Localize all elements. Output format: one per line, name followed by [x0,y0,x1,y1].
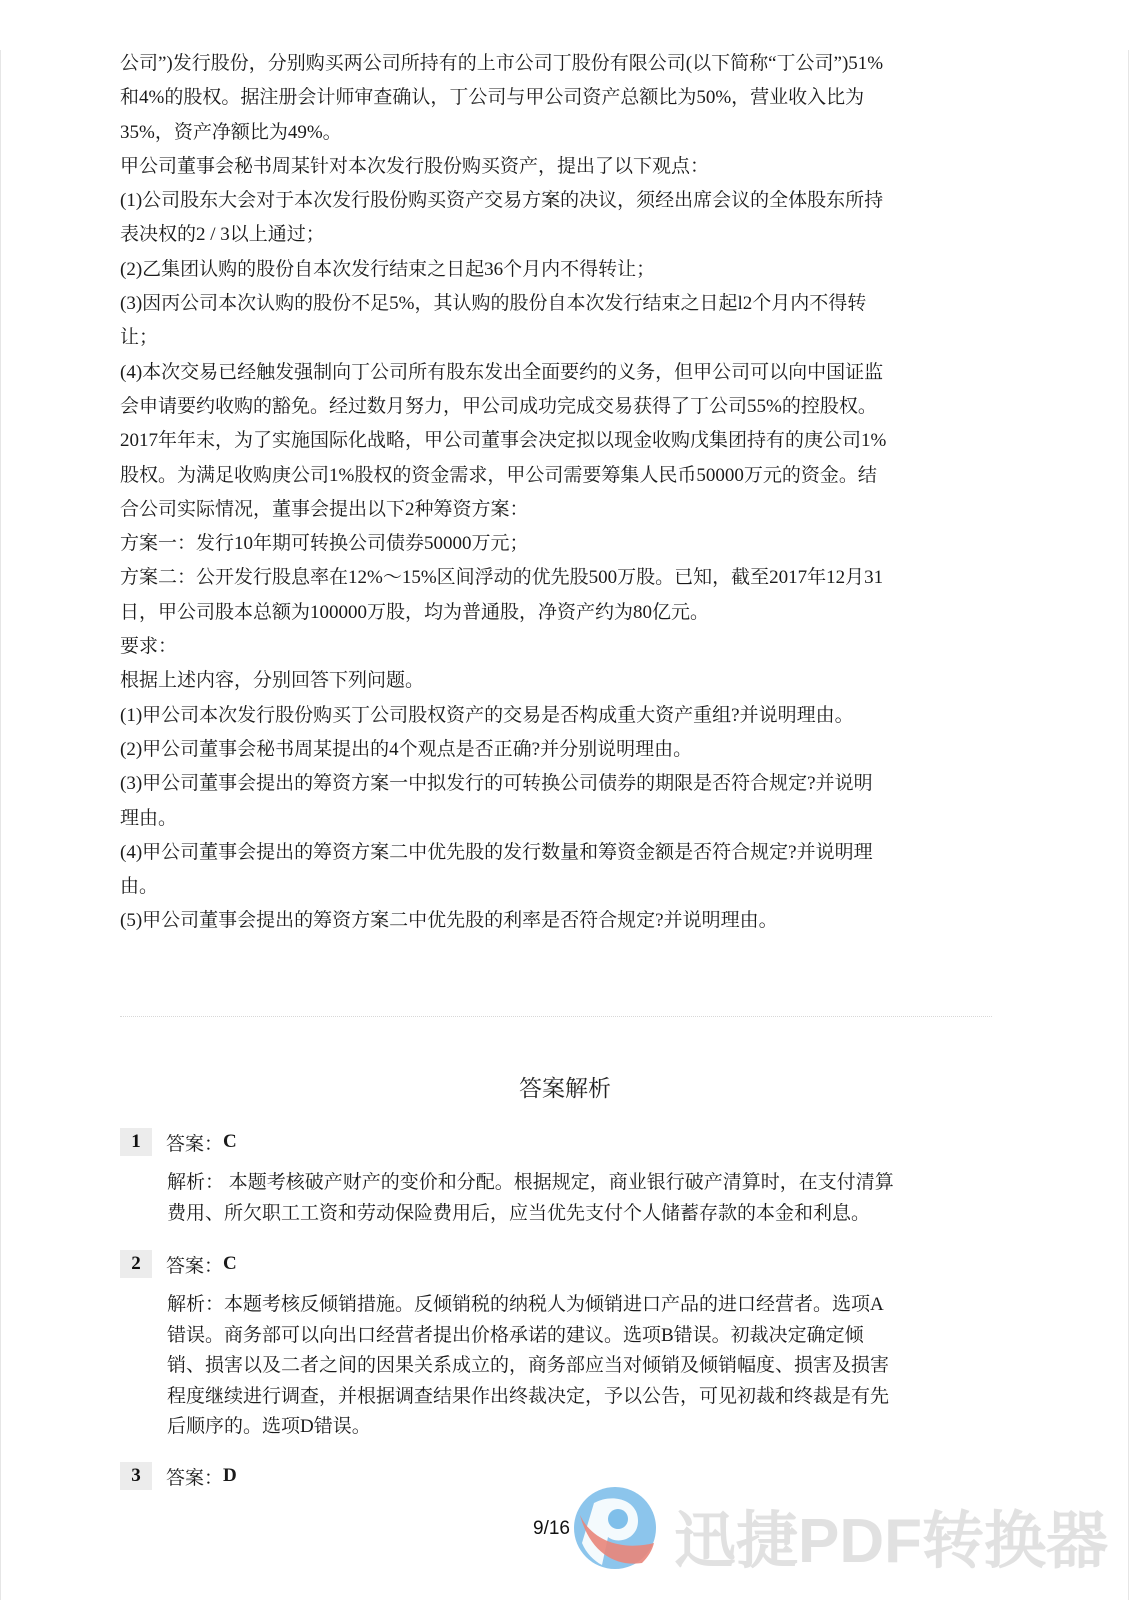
question-line: 方案一：发行10年期可转换公司债券50000万元； [120,527,1000,561]
analysis-line: 解析： 本题考核破产财产的变价和分配。根据规定，商业银行破产清算时，在支付清算 [167,1168,1000,1199]
question-line: 股权。为满足收购庚公司1%股权的资金需求，甲公司需要筹集人民币50000万元的资… [120,459,1000,493]
question-line: 表决权的2 / 3以上通过； [120,218,1000,252]
watermark: 迅捷PDF转换器 [572,1485,1092,1575]
question-line: (1)公司股东大会对于本次发行股份购买资产交易方案的决议，须经出席会议的全体股东… [120,184,1000,218]
question-line: 日，甲公司股本总额为100000万股，均为普通股，净资产约为80亿元。 [120,596,1000,630]
question-line: (1)甲公司本次发行股份购买丁公司股权资产的交易是否构成重大资产重组?并说明理由… [120,699,1000,733]
analysis-line: 后顺序的。选项D错误。 [167,1412,1000,1443]
question-line: 理由。 [120,802,1000,836]
page-number: 9/16 [533,1518,570,1540]
question-line: (4)甲公司董事会提出的筹资方案二中优先股的发行数量和筹资金额是否符合规定?并说… [120,836,1000,870]
answer-header: 2 答案： C [120,1249,1000,1279]
analysis-line: 销、损害以及二者之间的因果关系成立的，商务部应当对倾销及倾销幅度、损害及损害 [167,1351,1000,1382]
watermark-text: 迅捷PDF转换器 [674,1491,1108,1580]
page-edge-left [0,50,1,1600]
answer-value: D [223,1465,237,1487]
question-line: 35%，资产净额比为49%。 [120,116,1000,150]
question-number-badge: 2 [120,1250,152,1278]
question-line: 根据上述内容，分别回答下列问题。 [120,664,1000,698]
section-divider [120,1016,992,1017]
xunjie-pdf-logo-icon [572,1485,658,1571]
question-line: (3)因丙公司本次认购的股份不足5%，其认购的股份自本次发行结束之日起l2个月内… [120,287,1000,321]
analysis-text: 解析： 本题考核破产财产的变价和分配。根据规定，商业银行破产清算时，在支付清算 … [167,1168,1000,1229]
analysis-text: 解析：本题考核反倾销措施。反倾销税的纳税人为倾销进口产品的进口经营者。选项A 错… [167,1290,1000,1443]
question-line: 甲公司董事会秘书周某针对本次发行股份购买资产，提出了以下观点： [120,150,1000,184]
question-line: 合公司实际情况，董事会提出以下2种筹资方案： [120,493,1000,527]
answer-value: C [223,1131,237,1153]
answer-header: 3 答案： D [120,1461,1000,1491]
answer-value: C [223,1253,237,1275]
answer-item-3: 3 答案： D [120,1461,1000,1491]
question-line: 会申请要约收购的豁免。经过数月努力，甲公司成功完成交易获得了丁公司55%的控股权… [120,390,1000,424]
answer-label: 答案： [166,1129,223,1156]
question-line: (2)甲公司董事会秘书周某提出的4个观点是否正确?并分别说明理由。 [120,733,1000,767]
question-text-block: 公司”)发行股份，分别购买两公司所持有的上市公司丁股份有限公司(以下简称“丁公司… [120,47,1000,939]
answer-label: 答案： [166,1251,223,1278]
answer-label: 答案： [166,1463,223,1490]
question-line: 方案二：公开发行股息率在12%～15%区间浮动的优先股500万股。已知，截至20… [120,561,1000,595]
page-edge-right [1128,50,1129,1600]
question-line: (2)乙集团认购的股份自本次发行结束之日起36个月内不得转让； [120,253,1000,287]
question-line: (4)本次交易已经触发强制向丁公司所有股东发出全面要约的义务，但甲公司可以向中国… [120,356,1000,390]
question-number-badge: 3 [120,1462,152,1490]
question-number-badge: 1 [120,1128,152,1156]
analysis-line: 解析：本题考核反倾销措施。反倾销税的纳税人为倾销进口产品的进口经营者。选项A [167,1290,1000,1321]
analysis-line: 费用、所欠职工工资和劳动保险费用后，应当优先支付个人储蓄存款的本金和利息。 [167,1199,1000,1230]
analysis-line: 程度继续进行调查，并根据调查结果作出终裁决定，予以公告，可见初裁和终裁是有先 [167,1382,1000,1413]
question-line: 2017年年末，为了实施国际化战略，甲公司董事会决定拟以现金收购戊集团持有的庚公… [120,424,1000,458]
answer-item-2: 2 答案： C 解析：本题考核反倾销措施。反倾销税的纳税人为倾销进口产品的进口经… [120,1249,1000,1443]
question-line: 让； [120,321,1000,355]
answers-section-title: 答案解析 [0,1070,1130,1103]
analysis-line: 错误。商务部可以向出口经营者提出价格承诺的建议。选项B错误。初裁决定确定倾 [167,1321,1000,1352]
answer-item-1: 1 答案： C 解析： 本题考核破产财产的变价和分配。根据规定，商业银行破产清算… [120,1127,1000,1229]
question-line: 和4%的股权。据注册会计师审查确认，丁公司与甲公司资产总额比为50%，营业收入比… [120,81,1000,115]
answer-header: 1 答案： C [120,1127,1000,1157]
question-line: (3)甲公司董事会提出的筹资方案一中拟发行的可转换公司债券的期限是否符合规定?并… [120,767,1000,801]
question-line: 由。 [120,870,1000,904]
question-line: (5)甲公司董事会提出的筹资方案二中优先股的利率是否符合规定?并说明理由。 [120,904,1000,938]
question-line: 要求： [120,630,1000,664]
question-line: 公司”)发行股份，分别购买两公司所持有的上市公司丁股份有限公司(以下简称“丁公司… [120,47,1000,81]
